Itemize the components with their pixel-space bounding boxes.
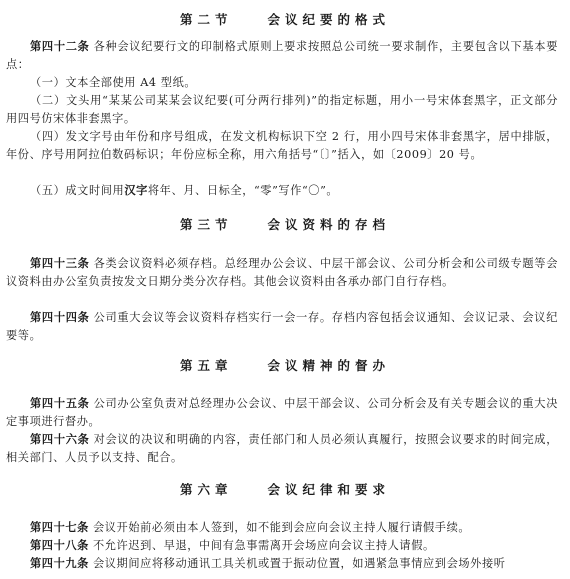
item-bold-text: 汉字 xyxy=(124,183,148,197)
section-heading: 第二节 会议纪要的格式 xyxy=(0,10,570,28)
article-text: 会议期间应将移动通讯工具关机或置于振动位置，如遇紧急事情应到会场外接听 xyxy=(93,557,506,570)
article-43: 第四十三条各类会议资料必须存档。总经理办公会议、中层干部会议、公司分析会和公司级… xyxy=(6,255,558,291)
article-48: 第四十八条不允许迟到、早退，中间有急事需离开会场应向会议主持人请假。 xyxy=(6,537,558,555)
article-number: 第四十八条 xyxy=(30,538,89,552)
article-49: 第四十九条会议期间应将移动通讯工具关机或置于振动位置，如遇紧急事情应到会场外接听 xyxy=(6,555,558,573)
article-number: 第四十五条 xyxy=(30,396,90,410)
article-44: 第四十四条公司重大会议等会议资料存档实行一会一存。存档内容包括会议通知、会议记录… xyxy=(6,309,558,345)
article-number: 第四十七条 xyxy=(30,520,89,534)
list-item-2: （二）文头用“某某公司某某会议纪要(可分两行排列)”的指定标题，用小一号宋体套黑… xyxy=(6,92,558,128)
article-45: 第四十五条公司办公室负责对总经理办公会议、中层干部会议、公司分析会及有关专题会议… xyxy=(6,395,558,431)
article-46: 第四十六条对会议的决议和明确的内容，责任部门和人员必须认真履行，按照会议要求的时… xyxy=(6,431,558,467)
article-text: 会议开始前必须由本人签到，如不能到会应向会议主持人履行请假手续。 xyxy=(93,521,470,534)
list-item-5: （五）成文时间用汉字将年、月、日标全，“零”写作“〇”。 xyxy=(6,182,558,200)
article-number: 第四十四条 xyxy=(30,310,90,324)
article-47: 第四十七条会议开始前必须由本人签到，如不能到会应向会议主持人履行请假手续。 xyxy=(6,519,558,537)
article-number: 第四十二条 xyxy=(30,39,90,53)
chapter-heading: 第六章 会议纪律和要求 xyxy=(0,480,570,498)
article-text: 不允许迟到、早退，中间有急事需离开会场应向会议主持人请假。 xyxy=(93,539,435,552)
chapter-heading: 第五章 会议精神的督办 xyxy=(0,356,570,374)
article-number: 第四十六条 xyxy=(30,432,90,446)
article-number: 第四十九条 xyxy=(30,556,89,570)
item-text-after: 将年、月、日标全，“零”写作“〇”。 xyxy=(148,184,338,197)
section-heading: 第三节 会议资料的存档 xyxy=(0,215,570,233)
item-text-before: （五）成文时间用 xyxy=(30,184,124,197)
article-number: 第四十三条 xyxy=(30,256,90,270)
article-42: 第四十二条各种会议纪要行文的印制格式原则上要求按照总公司统一要求制作，主要包含以… xyxy=(6,38,558,74)
list-item-4: （四）发文字号由年份和序号组成，在发文机构标识下空 2 行，用小四号宋体非套黑字… xyxy=(6,128,558,164)
list-item-1: （一）文本全部使用 A4 型纸。 xyxy=(6,74,558,92)
